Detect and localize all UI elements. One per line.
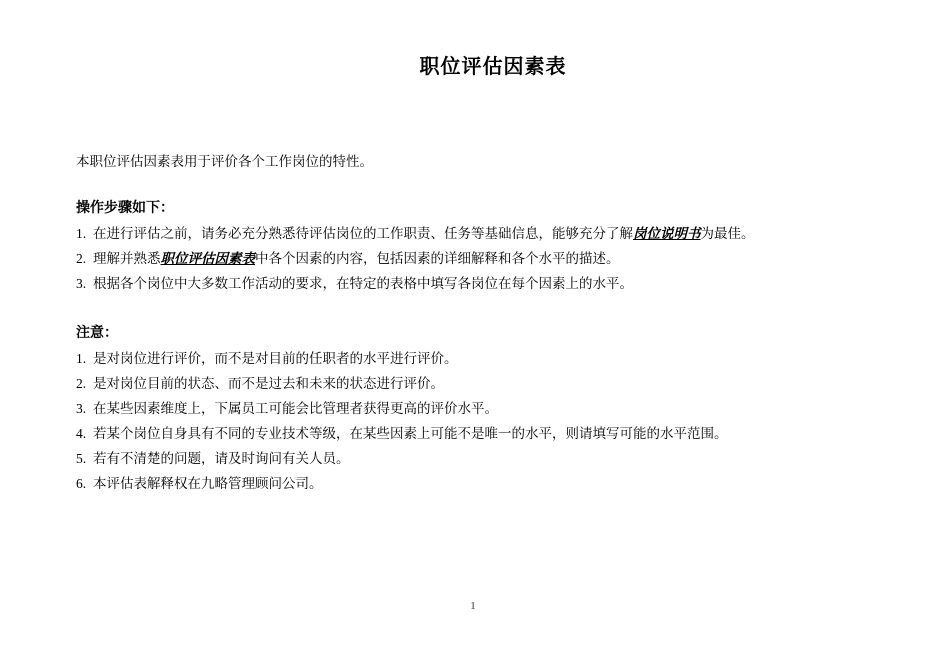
list-item-text-segment: 为最佳。 bbox=[701, 226, 755, 241]
list-item-text: 是对岗位进行评价，而不是对目前的任职者的水平进行评价。 bbox=[93, 346, 458, 371]
list-item-number: 3. bbox=[76, 396, 93, 421]
list-item-text-segment: 根据各个岗位中大多数工作活动的要求，在特定的表格中填写各岗位在每个因素上的水平。 bbox=[93, 276, 633, 291]
page-number: 1 bbox=[0, 598, 946, 614]
steps-section-heading: 操作步骤如下： bbox=[76, 196, 890, 221]
list-item-number: 3. bbox=[76, 271, 93, 296]
list-item: 3. 根据各个岗位中大多数工作活动的要求，在特定的表格中填写各岗位在每个因素上的… bbox=[76, 271, 890, 296]
list-item: 4. 若某个岗位自身具有不同的专业技术等级，在某些因素上可能不是唯一的水平，则请… bbox=[76, 421, 890, 446]
notes-section-heading: 注意： bbox=[76, 321, 890, 346]
list-item-text: 根据各个岗位中大多数工作活动的要求，在特定的表格中填写各岗位在每个因素上的水平。 bbox=[93, 271, 633, 296]
list-item-number: 2. bbox=[76, 246, 93, 271]
list-item-number: 5. bbox=[76, 446, 93, 471]
emphasized-term: 职位评估因素表 bbox=[161, 251, 256, 266]
list-item-number: 1. bbox=[76, 346, 93, 371]
list-item-text: 在某些因素维度上，下属员工可能会比管理者获得更高的评价水平。 bbox=[93, 396, 498, 421]
list-item-text-segment: 在进行评估之前，请务必充分熟悉待评估岗位的工作职责、任务等基础信息，能够充分了解 bbox=[93, 226, 633, 241]
list-item-text: 本评估表解释权在九略管理顾问公司。 bbox=[93, 471, 323, 496]
list-item-number: 1. bbox=[76, 221, 93, 246]
list-item-text: 是对岗位目前的状态、而不是过去和未来的状态进行评价。 bbox=[93, 371, 444, 396]
list-item-text: 若有不清楚的问题，请及时询问有关人员。 bbox=[93, 446, 350, 471]
list-item: 2. 是对岗位目前的状态、而不是过去和未来的状态进行评价。 bbox=[76, 371, 890, 396]
page-title: 职位评估因素表 bbox=[96, 55, 890, 79]
list-item: 1. 是对岗位进行评价，而不是对目前的任职者的水平进行评价。 bbox=[76, 346, 890, 371]
emphasized-term: 岗位说明书 bbox=[633, 226, 701, 241]
list-item: 1. 在进行评估之前，请务必充分熟悉待评估岗位的工作职责、任务等基础信息，能够充… bbox=[76, 221, 890, 246]
list-item: 6. 本评估表解释权在九略管理顾问公司。 bbox=[76, 471, 890, 496]
document-page: 职位评估因素表 本职位评估因素表用于评价各个工作岗位的特性。 操作步骤如下： 1… bbox=[0, 0, 950, 672]
notes-list: 1. 是对岗位进行评价，而不是对目前的任职者的水平进行评价。 2. 是对岗位目前… bbox=[76, 346, 890, 496]
steps-list: 1. 在进行评估之前，请务必充分熟悉待评估岗位的工作职责、任务等基础信息，能够充… bbox=[76, 221, 890, 296]
list-item-text-segment: 中各个因素的内容，包括因素的详细解释和各个水平的描述。 bbox=[255, 251, 620, 266]
list-item-number: 4. bbox=[76, 421, 93, 446]
list-item-number: 2. bbox=[76, 371, 93, 396]
list-item-number: 6. bbox=[76, 471, 93, 496]
list-item: 2. 理解并熟悉职位评估因素表中各个因素的内容，包括因素的详细解释和各个水平的描… bbox=[76, 246, 890, 271]
list-item-text: 理解并熟悉职位评估因素表中各个因素的内容，包括因素的详细解释和各个水平的描述。 bbox=[93, 246, 620, 271]
document-content: 职位评估因素表 本职位评估因素表用于评价各个工作岗位的特性。 操作步骤如下： 1… bbox=[0, 0, 950, 496]
list-item-text: 在进行评估之前，请务必充分熟悉待评估岗位的工作职责、任务等基础信息，能够充分了解… bbox=[93, 221, 755, 246]
list-item: 3. 在某些因素维度上，下属员工可能会比管理者获得更高的评价水平。 bbox=[76, 396, 890, 421]
list-item: 5. 若有不清楚的问题，请及时询问有关人员。 bbox=[76, 446, 890, 471]
intro-paragraph: 本职位评估因素表用于评价各个工作岗位的特性。 bbox=[76, 149, 890, 174]
list-item-text: 若某个岗位自身具有不同的专业技术等级，在某些因素上可能不是唯一的水平，则请填写可… bbox=[93, 421, 728, 446]
list-item-text-segment: 理解并熟悉 bbox=[93, 251, 161, 266]
